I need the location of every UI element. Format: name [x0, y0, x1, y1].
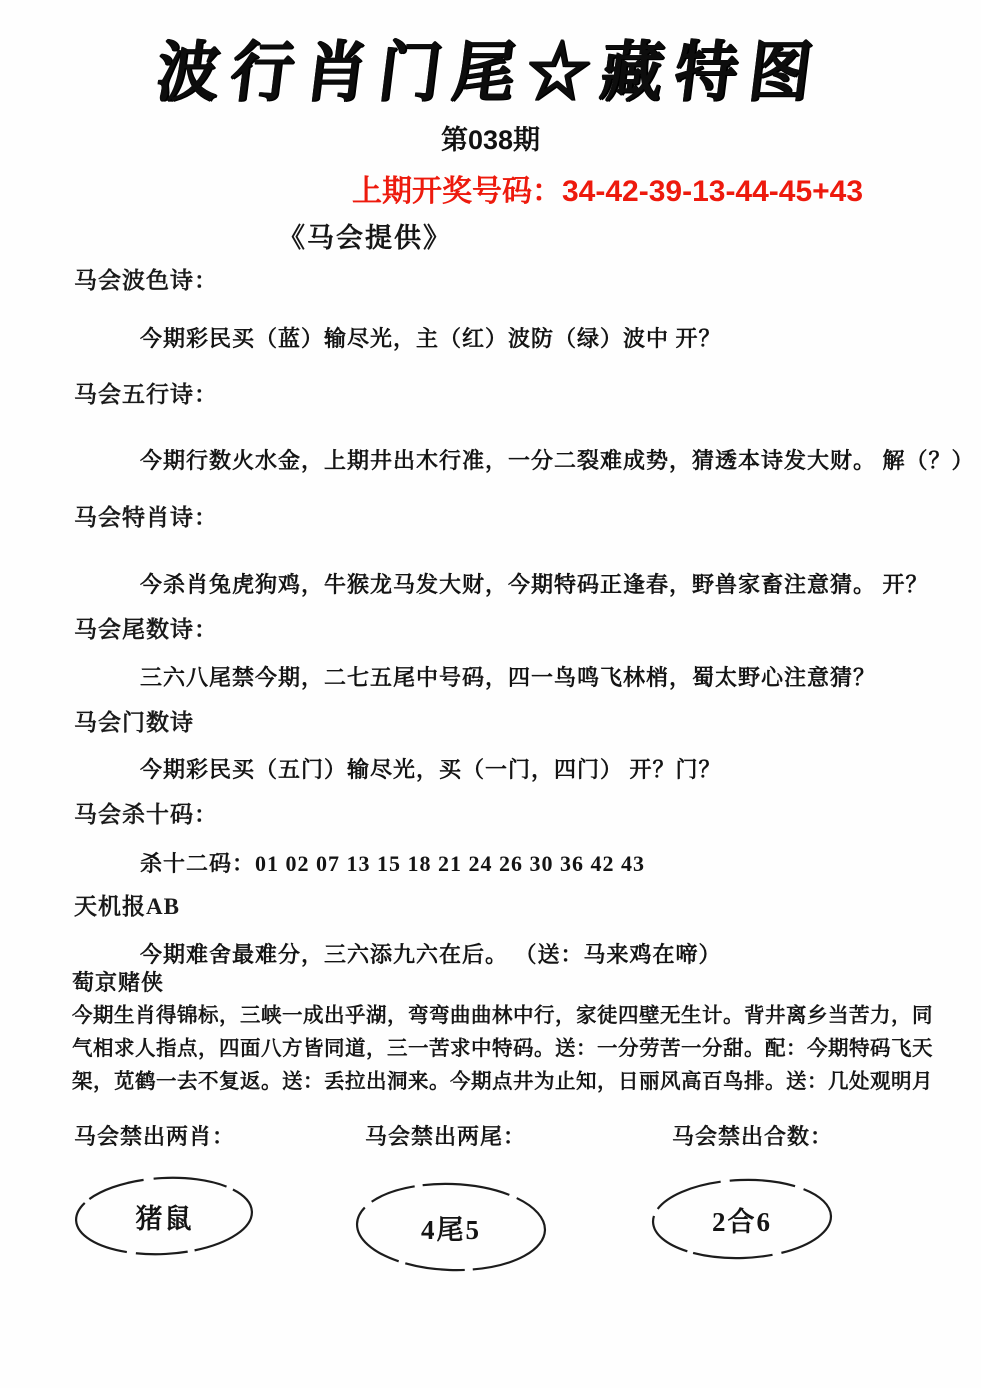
- page-title: 波行肖门尾☆藏特图: [0, 19, 981, 113]
- ban-circle-zodiac: 猪鼠: [72, 1174, 257, 1258]
- section-body-weishu: 三六八尾禁今期，二七五尾中号码，四一鸟鸣飞林梢，蜀太野心注意猜？: [140, 661, 876, 692]
- section-heading-wuxing: 马会五行诗：: [74, 376, 218, 409]
- dujia-line-3: 架，苋鹤一去不复返。送：丢拉出洞来。今期点井为止知，日丽风高百鸟排。送：几处观明…: [72, 1064, 933, 1094]
- section-body-bose: 今期彩民买（蓝）输尽光，主（红）波防（绿）波中 开？: [140, 322, 722, 353]
- ban-value-tail: 4尾5: [352, 1180, 550, 1274]
- ban-label-tail: 马会禁出两尾：: [365, 1120, 526, 1151]
- section-body-tianji: 今期难舍最难分，三六添九六在后。 （送：马来鸡在啼）: [140, 938, 722, 969]
- dujia-line-2: 气相求人指点，四面八方皆同道，三一苦求中特码。送：一分劳苦一分甜。配：今期特码飞…: [72, 1031, 933, 1061]
- ban-circle-sum: 2合6: [648, 1176, 836, 1262]
- ban-label-zodiac: 马会禁出两肖：: [74, 1120, 235, 1151]
- section-heading-tianji: 天机报AB: [74, 888, 180, 921]
- section-heading-menshu: 马会门数诗: [74, 704, 194, 737]
- section-heading-weishu: 马会尾数诗：: [74, 611, 218, 644]
- section-body-wuxing: 今期行数火水金，上期井出木行准，一分二裂难成势，猜透本诗发大财。 解（？）: [140, 444, 975, 475]
- provider-note: 《马会提供》: [278, 216, 452, 255]
- ban-label-sum: 马会禁出合数：: [672, 1120, 833, 1151]
- section-body-texiao: 今杀肖兔虎狗鸡，牛猴龙马发大财，今期特码正逢春，野兽家畜注意猜。 开？: [140, 568, 929, 599]
- section-body-menshu: 今期彩民买（五门）输尽光，买（一门，四门） 开？门？: [140, 753, 722, 784]
- section-heading-shama: 马会杀十码：: [74, 796, 218, 829]
- section-heading-texiao: 马会特肖诗：: [74, 499, 218, 532]
- dujia-line-1: 今期生肖得锦标，三峡一成出乎湖，弯弯曲曲林中行，家徒四壁无生计。背井离乡当苦力，…: [72, 998, 933, 1028]
- ban-circle-tail: 4尾5: [352, 1180, 550, 1274]
- tip-sheet-page: 波行肖门尾☆藏特图 第038期 上期开奖号码：34-42-39-13-44-45…: [0, 0, 981, 1388]
- last-draw-numbers: 上期开奖号码：34-42-39-13-44-45+43: [352, 166, 863, 210]
- section-body-shama: 杀十二码：01 02 07 13 15 18 21 24 26 30 36 42…: [140, 847, 645, 878]
- ban-value-zodiac: 猪鼠: [72, 1174, 257, 1258]
- dujia-heading: 萄京赌侠: [72, 966, 164, 997]
- ban-value-sum: 2合6: [648, 1176, 836, 1262]
- section-heading-bose: 马会波色诗：: [74, 262, 218, 295]
- issue-number: 第038期: [0, 118, 981, 157]
